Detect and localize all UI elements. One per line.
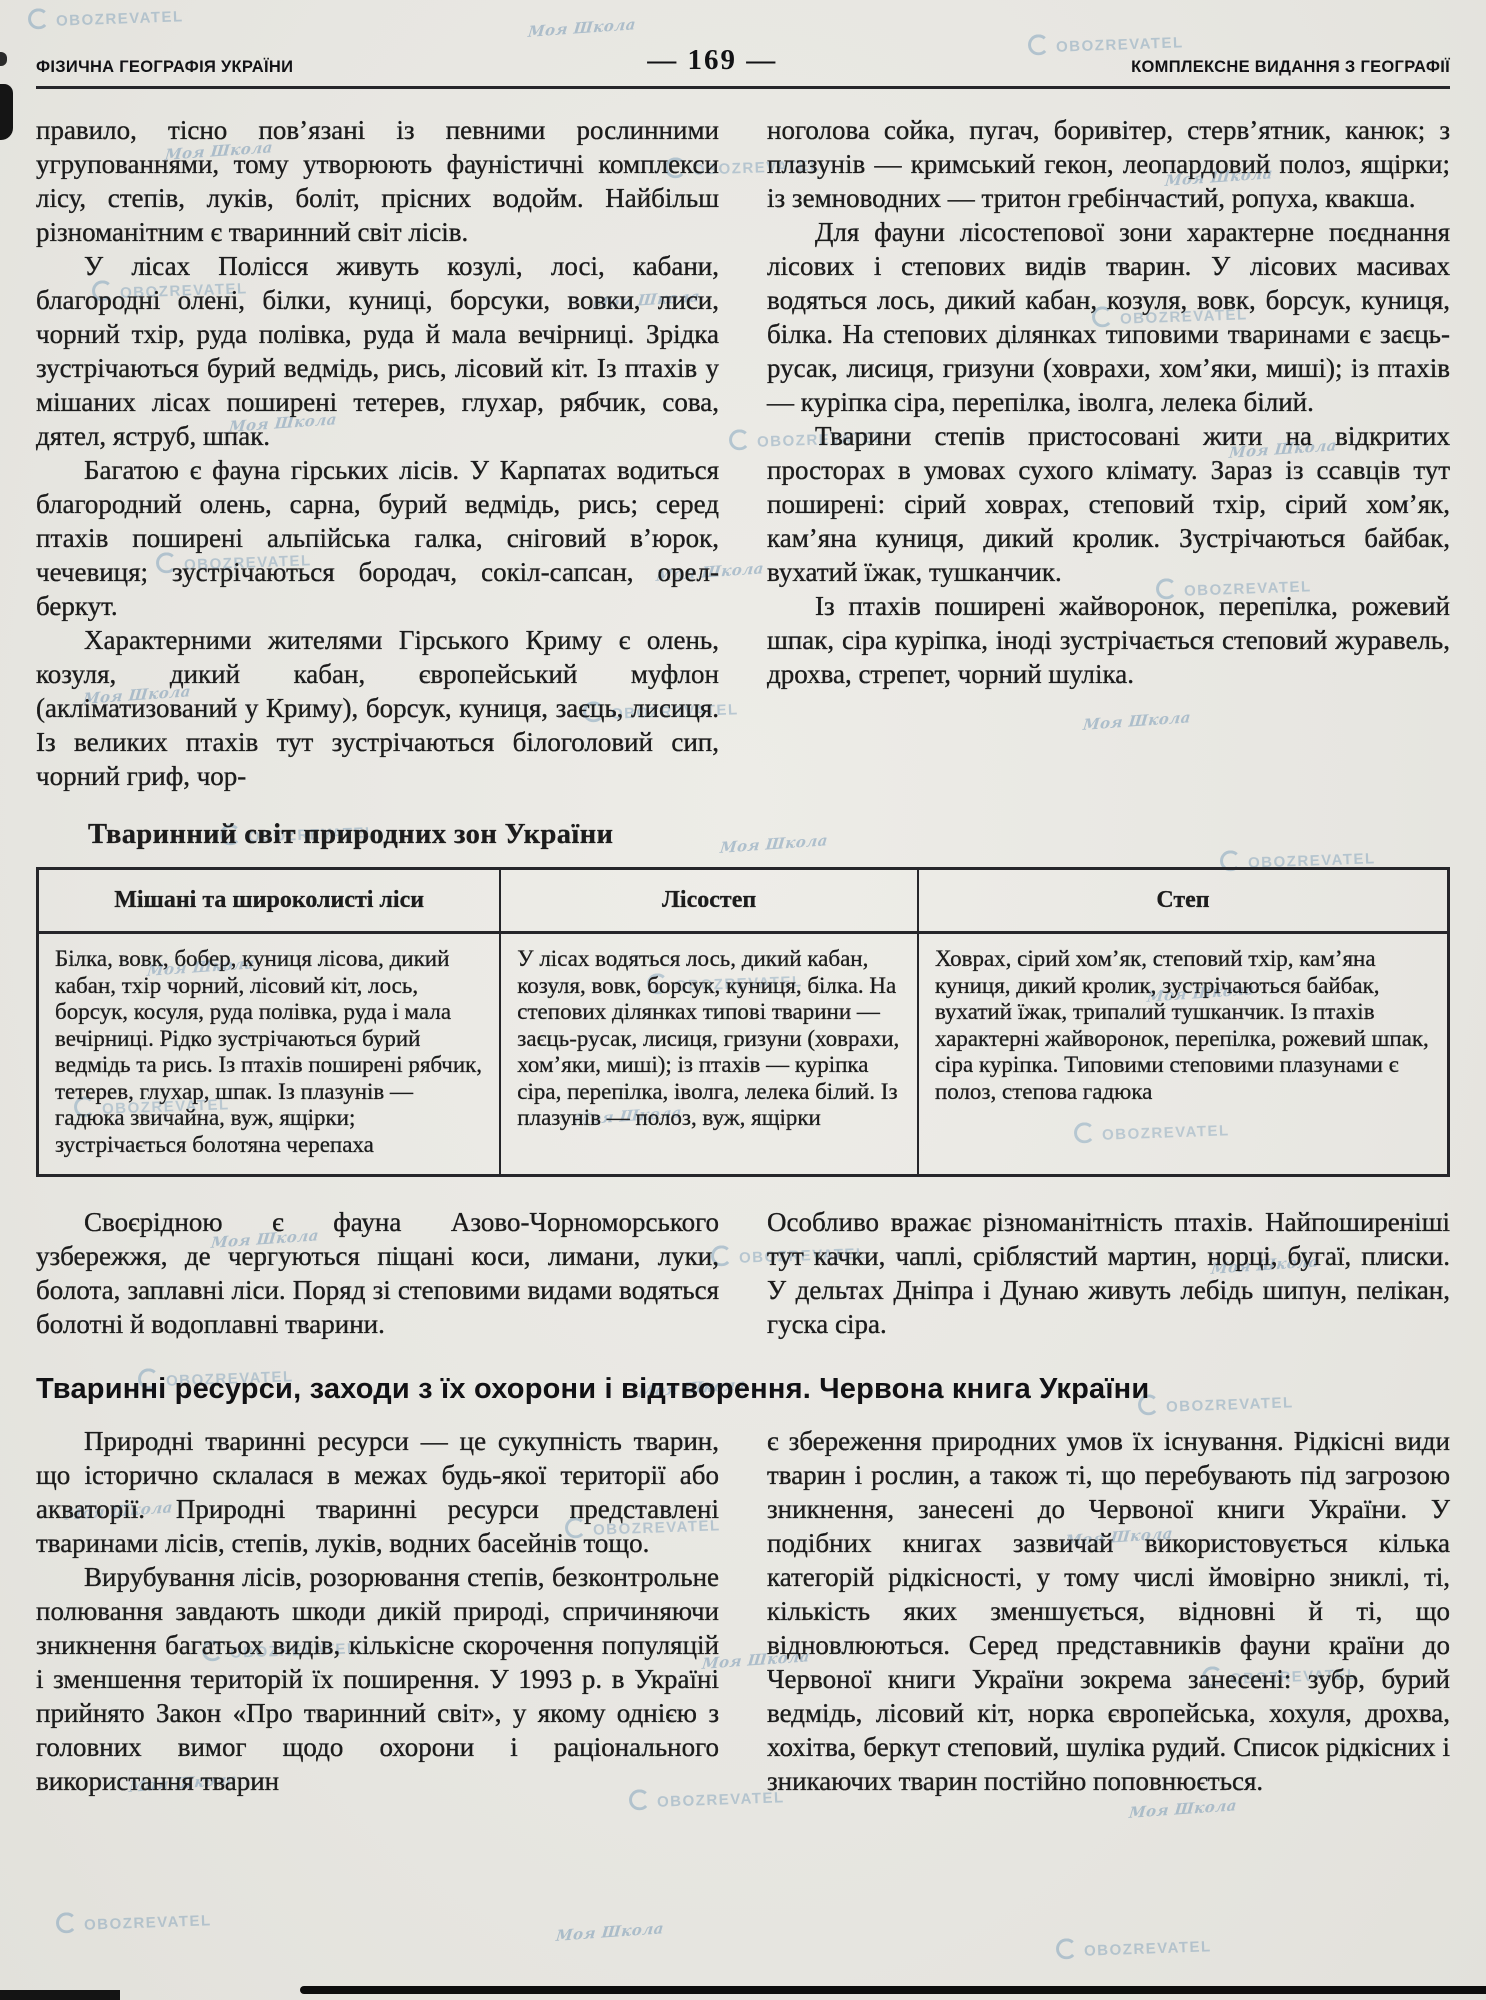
column-left: Своєрідною є фауна Азово-Чорноморського … — [36, 1205, 719, 1341]
section-heading-animal-resources: Тваринні ресурси, заходи з їх охорони і … — [36, 1373, 1450, 1406]
scan-artifact — [0, 84, 13, 140]
column-left: Природні тваринні ресурси — це сукупніст… — [36, 1424, 719, 1798]
running-title-right: КОМПЛЕКСНЕ ВИДАННЯ З ГЕОГРАФІЇ — [1131, 58, 1450, 77]
para-right-3: Тварини степів пристосовані жити на відк… — [767, 419, 1450, 589]
para-left-4: Характерними жителями Гірського Криму є … — [36, 623, 719, 793]
para-resources-right-1: є збереження природних умов їх існування… — [767, 1424, 1450, 1798]
section-animal-resources: Природні тваринні ресурси — це сукупніст… — [36, 1424, 1450, 1798]
scan-artifact — [0, 1990, 120, 2000]
column-right: Особливо вражає різноманітність птахів. … — [767, 1205, 1450, 1341]
para-coastal-left: Своєрідною є фауна Азово-Чорноморського … — [36, 1205, 719, 1341]
section-coastal-fauna: Своєрідною є фауна Азово-Чорноморського … — [36, 1205, 1450, 1341]
section-fauna-zones: правило, тісно пов’язані із певними росл… — [36, 113, 1450, 793]
para-coastal-right: Особливо вражає різноманітність птахів. … — [767, 1205, 1450, 1341]
scanned-textbook-page: OBOZREVATELМоя ШколаOBOZREVATELМоя Школа… — [0, 0, 1486, 2000]
column-left: правило, тісно пов’язані із певними росл… — [36, 113, 719, 793]
column-right: є збереження природних умов їх існування… — [767, 1424, 1450, 1798]
para-right-1: ноголова сойка, пугач, боривітер, стерв’… — [767, 113, 1450, 215]
table-row: Білка, вовк, бобер, куниця лісова, дикий… — [38, 933, 1449, 1176]
scan-artifact-bottom-line — [300, 1986, 1486, 1994]
page-number: — 169 — — [647, 44, 777, 77]
table-cell-steppe: Ховрах, сірий хом’як, степовий тхір, кам… — [918, 933, 1449, 1176]
para-right-4: Із птахів поширені жайворонок, перепілка… — [767, 589, 1450, 691]
para-right-2: Для фауни лісостепової зони характерне п… — [767, 215, 1450, 419]
table-header-row: Мішані та широколисті ліси Лісостеп Степ — [38, 869, 1449, 933]
para-resources-left-1: Природні тваринні ресурси — це сукупніст… — [36, 1424, 719, 1560]
page-header: ФІЗИЧНА ГЕОГРАФІЯ УКРАЇНИ — 169 — КОМПЛЕ… — [36, 44, 1450, 89]
table-cell-forest-steppe: У лісах водяться лось, дикий кабан, козу… — [500, 933, 918, 1176]
para-resources-left-2: Вирубування лісів, розорювання степів, б… — [36, 1560, 719, 1798]
page-content: ФІЗИЧНА ГЕОГРАФІЯ УКРАЇНИ — 169 — КОМПЛЕ… — [0, 0, 1486, 2000]
para-left-3: Багатою є фауна гірських лісів. У Карпат… — [36, 453, 719, 623]
para-left-2: У лісах Полісся живуть козулі, лосі, каб… — [36, 249, 719, 453]
para-left-1: правило, тісно пов’язані із певними росл… — [36, 113, 719, 249]
table-header-steppe: Степ — [918, 869, 1449, 933]
table-header-forest-steppe: Лісостеп — [500, 869, 918, 933]
running-title-left: ФІЗИЧНА ГЕОГРАФІЯ УКРАЇНИ — [36, 58, 293, 77]
table-cell-mixed-forests: Білка, вовк, бобер, куниця лісова, дикий… — [38, 933, 501, 1176]
fauna-zones-table: Мішані та широколисті ліси Лісостеп Степ… — [36, 867, 1450, 1177]
column-right: ноголова сойка, пугач, боривітер, стерв’… — [767, 113, 1450, 793]
table-title: Тваринний світ природних зон України — [88, 819, 1450, 851]
table-header-mixed-forests: Мішані та широколисті ліси — [38, 869, 501, 933]
